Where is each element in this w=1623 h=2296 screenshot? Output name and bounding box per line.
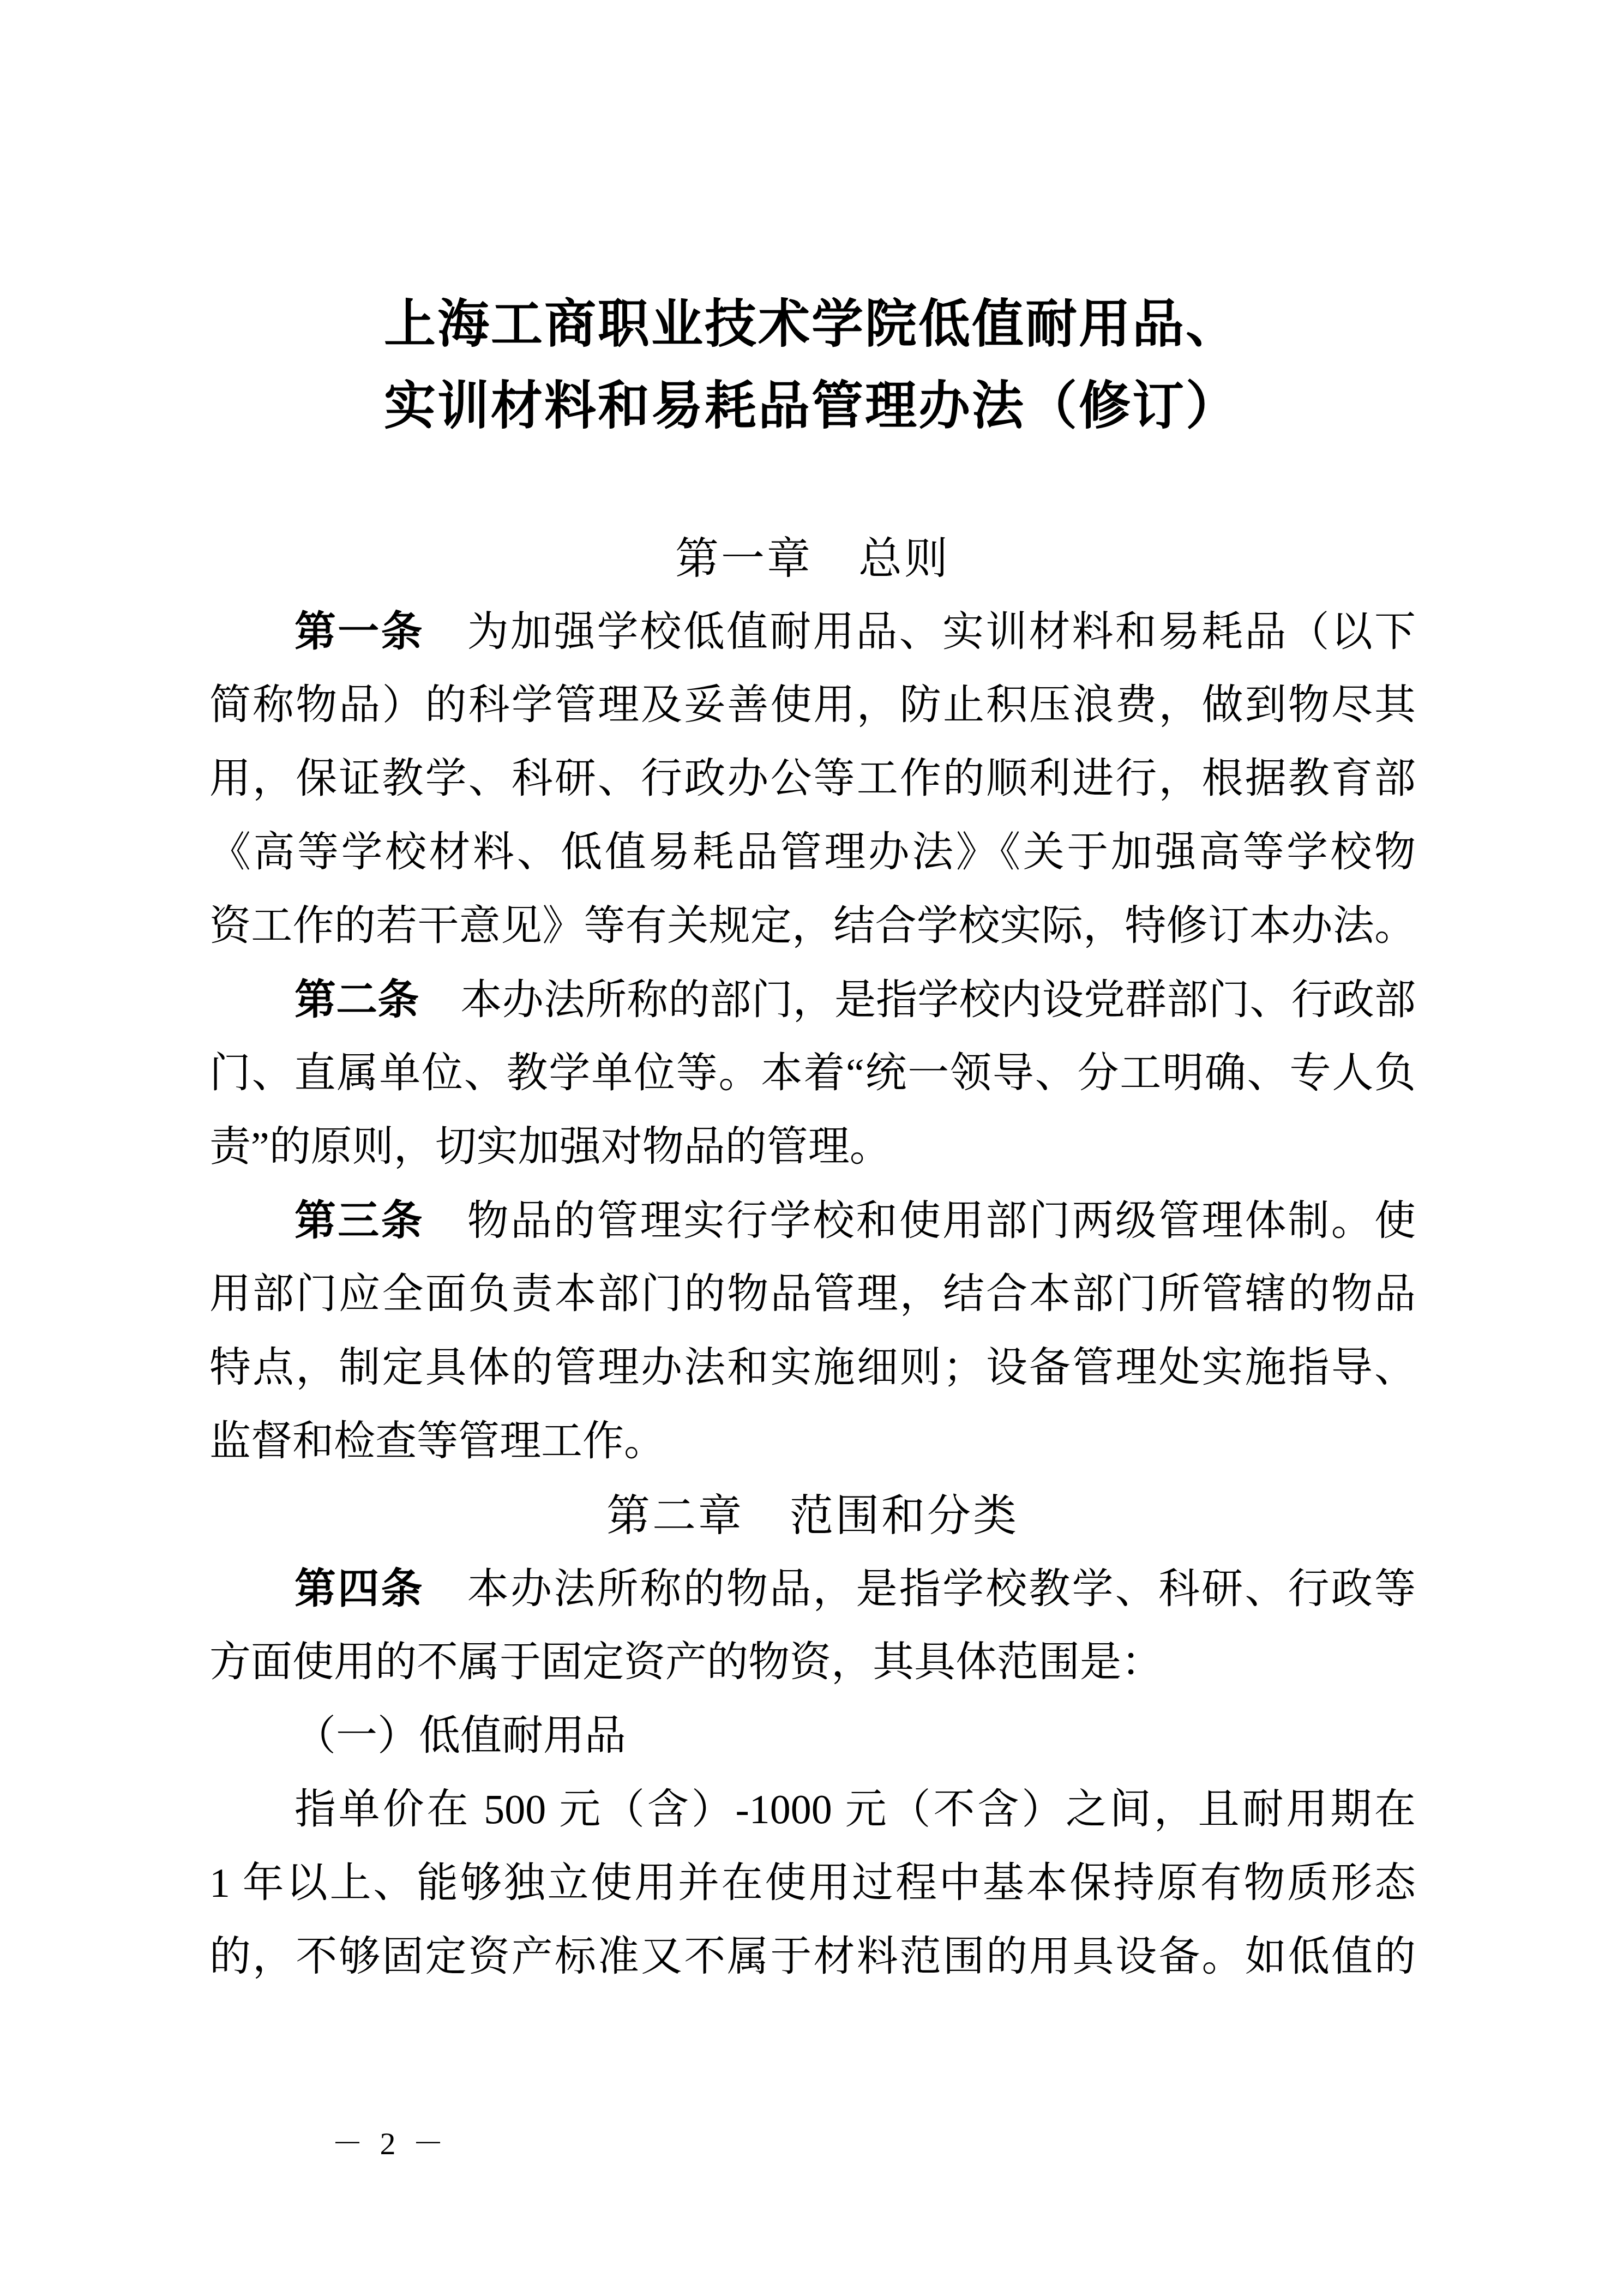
text-line: 资工作的若干意见》等有关规定，结合学校实际，特修订本办法。 [209,889,1416,963]
text-line: 第四条 本办法所称的物品，是指学校教学、科研、行政等 [209,1552,1416,1626]
doc-title-line: 上海工商职业技术学院低值耐用品、 [0,284,1623,365]
text-run: 本办法所称的部门，是指学校内设党群部门、行政部 [419,977,1416,1023]
text-line: 第三条 物品的管理实行学校和使用部门两级管理体制。使 [209,1184,1416,1258]
text-run: 1 年以上、能够独立使用并在使用过程中基本保持原有物质形态 [209,1860,1416,1906]
text-run: 用部门应全面负责本部门的物品管理，结合本部门所管辖的物品 [209,1271,1416,1317]
text-line: 简称物品）的科学管理及妥善使用，防止积压浪费，做到物尽其 [209,669,1416,742]
text-run: 第二章 范围和分类 [606,1492,1019,1540]
text-line: 门、直属单位、教学单位等。本着“统一领导、分工明确、专人负 [209,1037,1416,1110]
text-run: 门、直属单位、教学单位等。本着“统一领导、分工明确、专人负 [209,1050,1416,1096]
text-run: 资工作的若干意见》等有关规定，结合学校实际，特修订本办法。 [209,903,1416,949]
text-run: 物品的管理实行学校和使用部门两级管理体制。使 [424,1198,1416,1244]
text-run: 特点，制定具体的管理办法和实施细则；设备管理处实施指导、 [209,1345,1416,1391]
text-line: 用部门应全面负责本部门的物品管理，结合本部门所管辖的物品 [209,1258,1416,1331]
document-body: 第一章 总则第一条 为加强学校低值耐用品、实训材料和易耗品（以下简称物品）的科学… [209,521,1416,1994]
text-line: 《高等学校材料、低值易耗品管理办法》《关于加强高等学校物 [209,816,1416,889]
chapter-heading: 第一章 总则 [209,521,1416,595]
article-number: 第一条 [294,609,424,655]
text-line: 第一条 为加强学校低值耐用品、实训材料和易耗品（以下 [209,595,1416,669]
text-line: 第二条 本办法所称的部门，是指学校内设党群部门、行政部 [209,963,1416,1037]
chapter-heading: 第二章 范围和分类 [209,1478,1416,1552]
text-line: 指单价在 500 元（含）-1000 元（不含）之间，且耐用期在 [209,1773,1416,1847]
text-line: （一）低值耐用品 [209,1699,1416,1773]
text-run: 监督和检查等管理工作。 [209,1419,665,1464]
text-run: 指单价在 500 元（含）-1000 元（不含）之间，且耐用期在 [294,1787,1416,1832]
page-number: － 2 － [332,2119,448,2168]
text-line: 用，保证教学、科研、行政办公等工作的顺利进行，根据教育部 [209,742,1416,816]
doc-title: 上海工商职业技术学院低值耐用品、实训材料和易耗品管理办法（修订） [0,284,1623,447]
text-run: 本办法所称的物品，是指学校教学、科研、行政等 [424,1566,1416,1612]
text-run: 为加强学校低值耐用品、实训材料和易耗品（以下 [424,609,1416,655]
text-run: 方面使用的不属于固定资产的物资，其具体范围是： [209,1639,1163,1685]
text-line: 1 年以上、能够独立使用并在使用过程中基本保持原有物质形态 [209,1847,1416,1920]
article-number: 第三条 [294,1198,424,1244]
text-run: 简称物品）的科学管理及妥善使用，防止积压浪费，做到物尽其 [209,682,1416,728]
text-line: 方面使用的不属于固定资产的物资，其具体范围是： [209,1626,1416,1699]
doc-title-line: 实训材料和易耗品管理办法（修订） [0,365,1623,447]
text-run: 用，保证教学、科研、行政办公等工作的顺利进行，根据教育部 [209,756,1416,802]
text-run: 责”的原则，切实加强对物品的管理。 [209,1124,891,1170]
text-run: 第一章 总则 [675,535,950,583]
text-line: 特点，制定具体的管理办法和实施细则；设备管理处实施指导、 [209,1331,1416,1405]
text-line: 的，不够固定资产标准又不属于材料范围的用具设备。如低值的 [209,1920,1416,1994]
text-line: 监督和检查等管理工作。 [209,1405,1416,1478]
article-number: 第二条 [294,977,419,1023]
text-run: （一）低值耐用品 [294,1713,626,1759]
text-run: 的，不够固定资产标准又不属于材料范围的用具设备。如低值的 [209,1934,1416,1980]
text-line: 责”的原则，切实加强对物品的管理。 [209,1110,1416,1184]
article-number: 第四条 [294,1566,424,1612]
text-run: 《高等学校材料、低值易耗品管理办法》《关于加强高等学校物 [209,830,1416,875]
document-page: 上海工商职业技术学院低值耐用品、实训材料和易耗品管理办法（修订） 第一章 总则第… [0,0,1623,2296]
